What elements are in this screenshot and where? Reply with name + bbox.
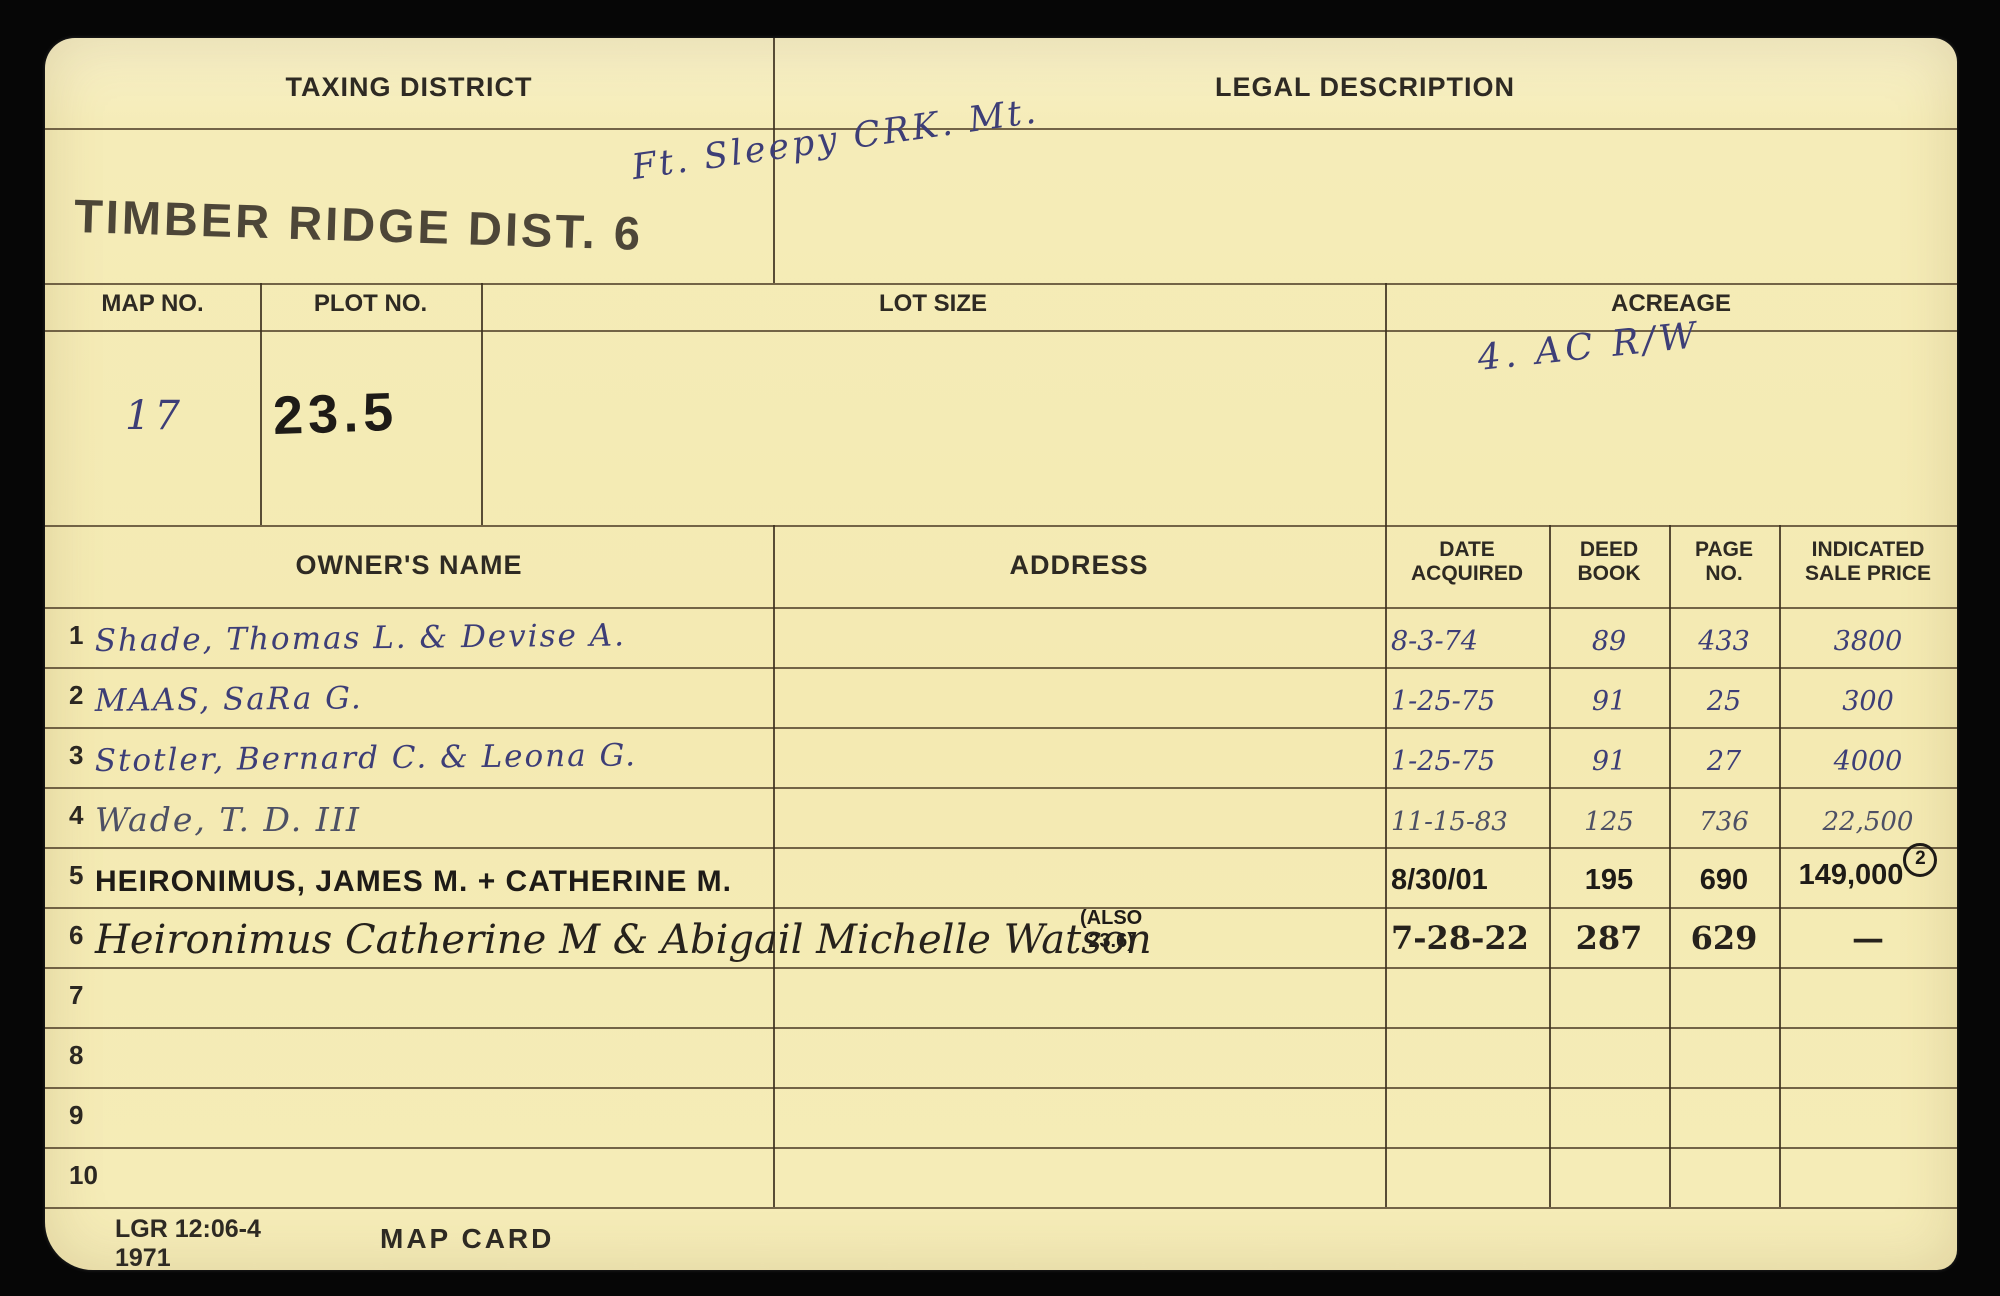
page-no-value <box>1669 1077 1779 1087</box>
deed-book-value: 89 <box>1549 626 1669 667</box>
deed-book-value: 91 <box>1549 686 1669 727</box>
page-no-value: 433 <box>1669 626 1779 667</box>
page-no-value <box>1669 1197 1779 1207</box>
deed-book-value: 125 <box>1549 807 1669 847</box>
date-acquired-value <box>1385 1077 1549 1087</box>
plot-no-value: 23.5 <box>272 381 399 447</box>
sale-price-value: 3800 <box>1779 626 1957 667</box>
taxing-district-label: TAXING DISTRICT <box>45 72 773 103</box>
form-code: LGR 12:06-4 1971 <box>115 1215 261 1273</box>
table-row: 8 <box>45 1027 1957 1087</box>
date-acquired-value <box>1385 1017 1549 1027</box>
rule-row10 <box>45 1207 1957 1209</box>
row-number: 6 <box>45 920 95 967</box>
row-number: 1 <box>45 620 95 667</box>
date-acquired-value: 8-3-74 <box>1385 626 1549 667</box>
deed-book-value <box>1549 1197 1669 1207</box>
date-acquired-value: 1-25-75 <box>1385 746 1549 787</box>
owner-name-header: OWNER'S NAME <box>45 550 773 581</box>
page-no-value <box>1669 1137 1779 1147</box>
table-row: 2 MAAS, SaRa G. 1-25-75 91 25 300 <box>45 667 1957 727</box>
owner-name-value: Wade, T. D. III <box>95 800 773 847</box>
page-no-value: 736 <box>1669 807 1779 847</box>
divider-plot-lotsize <box>481 283 483 525</box>
form-code-number: LGR 12:06-4 <box>115 1215 261 1243</box>
map-no-label: MAP NO. <box>45 290 260 318</box>
row-number: 5 <box>45 860 95 907</box>
table-row: 10 <box>45 1147 1957 1207</box>
date-acquired-value: 11-15-83 <box>1385 807 1549 847</box>
sale-price-value: 149,0002 <box>1779 859 1957 907</box>
card-title: MAP CARD <box>380 1223 554 1255</box>
sale-price-value <box>1779 1137 1957 1147</box>
table-row: 4 Wade, T. D. III 11-15-83 125 736 22,50… <box>45 787 1957 847</box>
lot-size-label: LOT SIZE <box>481 290 1385 318</box>
sale-price-header: INDICATED SALE PRICE <box>1779 538 1957 586</box>
deed-book-value <box>1549 1077 1669 1087</box>
owner-name-value: Stotler, Bernard C. & Leona G. <box>95 736 773 787</box>
rule-parcel-top <box>45 283 1957 285</box>
owner-name-value: MAAS, SaRa G. <box>95 676 773 727</box>
table-row: 5 HEIRONIMUS, JAMES M. + CATHERINE M. (A… <box>45 847 1957 907</box>
date-acquired-value: 1-25-75 <box>1385 686 1549 727</box>
deed-book-header: DEED BOOK <box>1549 538 1669 586</box>
deed-book-value <box>1549 1137 1669 1147</box>
acreage-label: ACREAGE <box>1385 290 1957 318</box>
page-no-header: PAGE NO. <box>1669 538 1779 586</box>
map-no-value: 17 <box>125 393 184 439</box>
owner-name-value <box>95 1019 773 1027</box>
date-acquired-value <box>1385 1197 1549 1207</box>
row-number: 2 <box>45 680 95 727</box>
sale-price-value <box>1779 1077 1957 1087</box>
row-number: 8 <box>45 1040 95 1087</box>
owner-name-value <box>95 1139 773 1147</box>
page-no-value <box>1669 1017 1779 1027</box>
acreage-value: 4. AC R/W <box>1476 315 1702 379</box>
table-row: 3 Stotler, Bernard C. & Leona G. 1-25-75… <box>45 727 1957 787</box>
sale-price-value <box>1779 1017 1957 1027</box>
sale-price-value: 300 <box>1779 686 1957 727</box>
table-row: 1 Shade, Thomas L. & Devise A. 8-3-74 89… <box>45 607 1957 667</box>
owner-name-value: Heironimus Catherine M & Abigail Michell… <box>95 917 773 967</box>
sale-price-value: 4000 <box>1779 746 1957 787</box>
owner-name-value <box>95 1079 773 1087</box>
row-number: 10 <box>45 1160 95 1207</box>
address-header: ADDRESS <box>773 550 1385 581</box>
legal-description-value: Ft. Sleepy CRK. Mt. <box>629 91 1041 188</box>
map-card: TAXING DISTRICT LEGAL DESCRIPTION TIMBER… <box>45 38 1957 1270</box>
deed-book-value: 91 <box>1549 746 1669 787</box>
date-acquired-header: DATE ACQUIRED <box>1385 538 1549 586</box>
divider-map-plot <box>260 283 262 525</box>
deed-book-value: 195 <box>1549 864 1669 907</box>
sale-price-value <box>1779 1197 1957 1207</box>
row-number: 9 <box>45 1100 95 1147</box>
plot-no-label: PLOT NO. <box>260 290 481 318</box>
date-acquired-value: 7-28-22 <box>1385 919 1549 967</box>
page-no-value: 690 <box>1669 864 1779 907</box>
circled-number-note: 2 <box>1903 843 1937 877</box>
table-row: 9 <box>45 1087 1957 1147</box>
deed-book-value <box>1549 1017 1669 1027</box>
legal-description-label: LEGAL DESCRIPTION <box>773 72 1957 103</box>
table-row: 7 <box>45 967 1957 1027</box>
form-code-year: 1971 <box>115 1244 171 1272</box>
deed-book-value: 287 <box>1549 919 1669 967</box>
owner-name-value: Shade, Thomas L. & Devise A. <box>95 616 773 667</box>
sale-price-amount: 149,000 <box>1799 859 1904 891</box>
row-number: 4 <box>45 800 95 847</box>
scanned-document: TAXING DISTRICT LEGAL DESCRIPTION TIMBER… <box>0 0 2000 1296</box>
taxing-district-stamp: TIMBER RIDGE DIST. 6 <box>73 188 644 261</box>
row-number: 3 <box>45 740 95 787</box>
owner-name-value <box>95 1199 773 1207</box>
date-acquired-value: 8/30/01 <box>1385 864 1549 907</box>
page-no-value: 25 <box>1669 686 1779 727</box>
sale-price-value: — <box>1779 919 1957 967</box>
page-no-value: 27 <box>1669 746 1779 787</box>
page-no-value: 629 <box>1669 919 1779 967</box>
row-number: 7 <box>45 980 95 1027</box>
owner-name-value: HEIRONIMUS, JAMES M. + CATHERINE M. <box>95 865 773 907</box>
date-acquired-value <box>1385 1137 1549 1147</box>
sale-price-value: 22,500 <box>1779 807 1957 847</box>
table-row: 6 Heironimus Catherine M & Abigail Miche… <box>45 907 1957 967</box>
